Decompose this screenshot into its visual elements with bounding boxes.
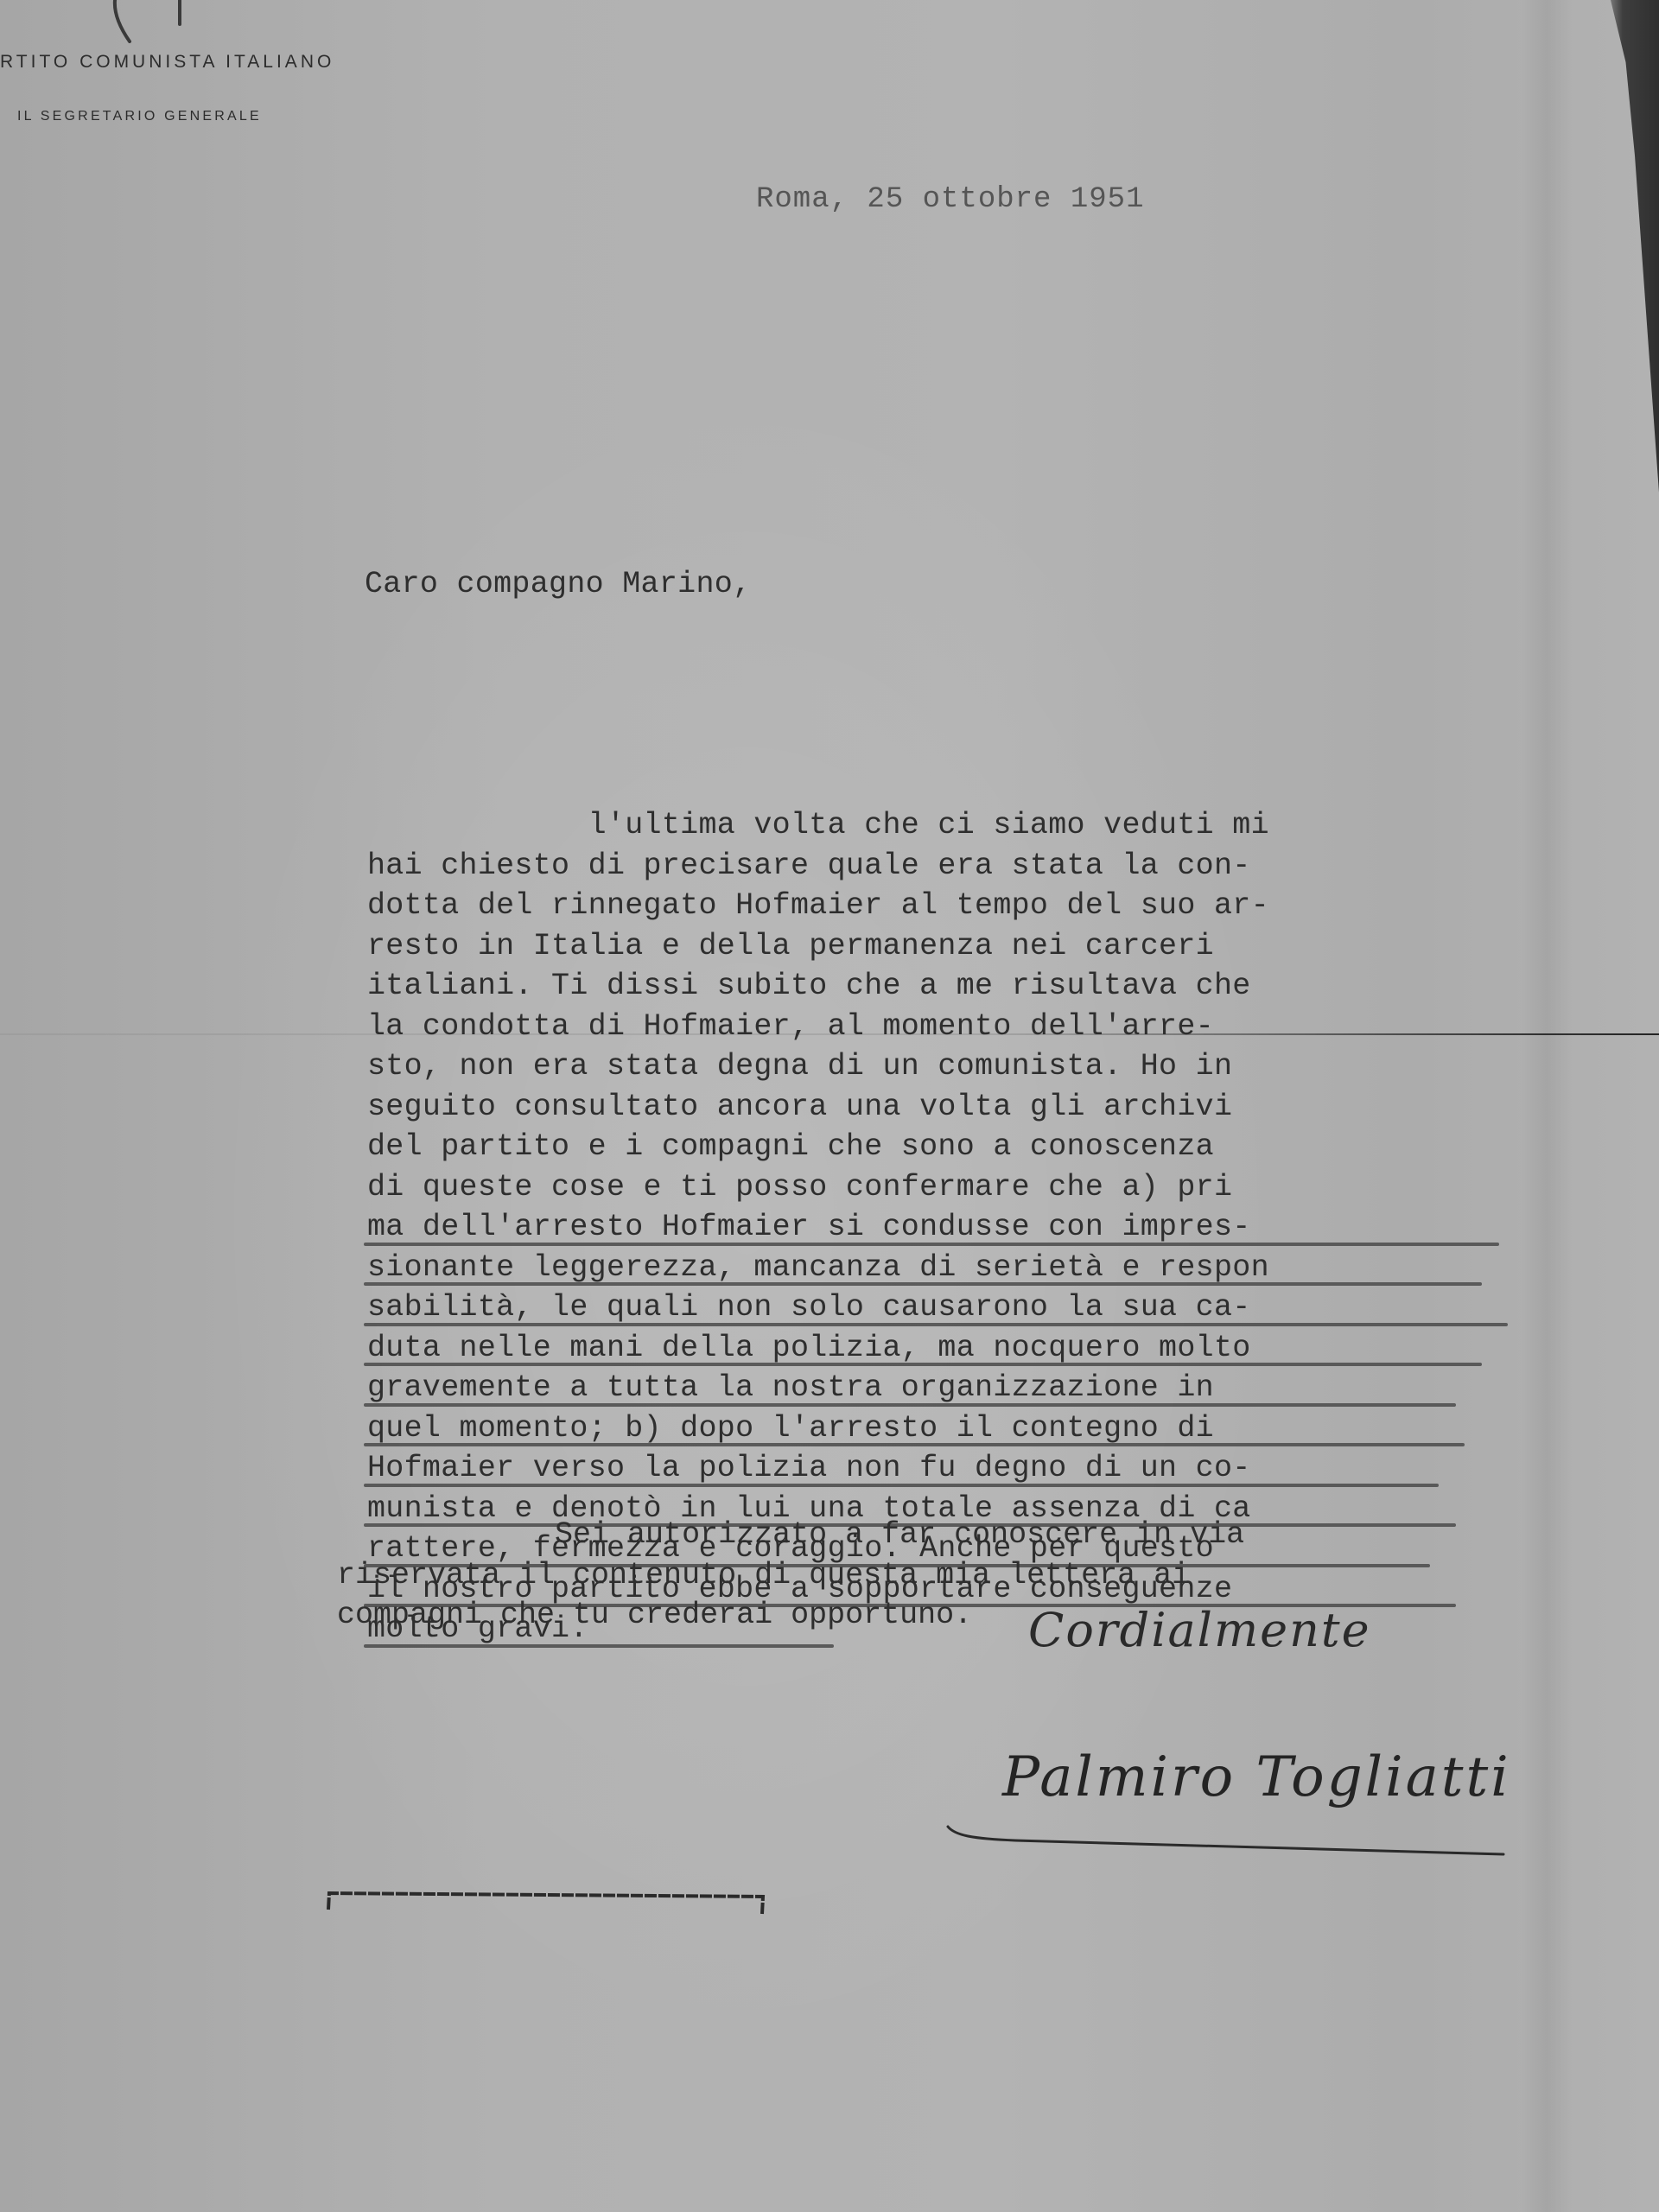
handwritten-signature: Palmiro Togliatti: [1002, 1745, 1511, 1809]
letterhead-party-name: RTITO COMUNISTA ITALIANO: [0, 52, 334, 73]
paragraph-line: resto in Italia e della permanenza nei c…: [367, 926, 1491, 967]
paragraph-line: italiani. Ti dissi subito che a me risul…: [367, 966, 1491, 1007]
letter-date: Roma, 25 ottobre 1951: [756, 183, 1144, 216]
paragraph-line: dotta del rinnegato Hofmaier al tempo de…: [367, 886, 1491, 926]
underlined-paragraph-line: sabilità, le quali non solo causarono la…: [367, 1287, 1491, 1328]
bracket-mark: [324, 1888, 769, 1918]
paper-crease: [1521, 0, 1573, 2212]
signature-underline: [946, 1823, 1508, 1858]
paragraph-line: l'ultima volta che ci siamo veduti mi: [367, 805, 1491, 846]
emblem-fragment-icon: [112, 0, 190, 43]
paragraph-line: seguito consultato ancora una volta gli …: [367, 1087, 1491, 1128]
greeting: Caro compagno Marino,: [365, 564, 1491, 605]
underlined-paragraph-line: sionante leggerezza, mancanza di serietà…: [367, 1248, 1491, 1288]
paragraph-line: sto, non era stata degna di un comunista…: [367, 1046, 1491, 1087]
letterhead-role: IL SEGRETARIO GENERALE: [17, 109, 262, 124]
paragraph-line: riservata il contenuto di questa mia let…: [337, 1555, 1478, 1596]
paragraph-line: la condotta di Hofmaier, al momento dell…: [367, 1007, 1491, 1047]
spacer: [367, 685, 1491, 726]
paragraph-line: Sei autorizzato a far conoscere in via: [337, 1515, 1478, 1555]
paragraph-line: del partito e i compagni che sono a cono…: [367, 1127, 1491, 1167]
underlined-paragraph-line: gravemente a tutta la nostra organizzazi…: [367, 1368, 1491, 1408]
underlined-paragraph-line: ma dell'arresto Hofmaier si condusse con…: [367, 1207, 1491, 1248]
paragraph-line: di queste cose e ti posso confermare che…: [367, 1167, 1491, 1208]
handwritten-closing: Cordialmente: [1028, 1603, 1371, 1657]
underlined-paragraph-line: duta nelle mani della polizia, ma nocque…: [367, 1328, 1491, 1369]
paragraph-line: hai chiesto di precisare quale era stata…: [367, 846, 1491, 887]
